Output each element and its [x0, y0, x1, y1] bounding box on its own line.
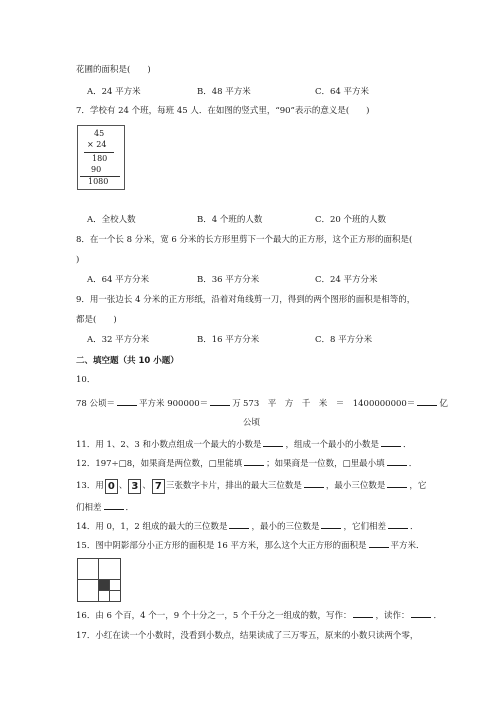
q12-part-1: 12．197÷□8，如果商是两位数，□里能填: [76, 459, 242, 469]
question-13-cont: 们相差．: [76, 500, 134, 514]
q14-part-2: ，最小的三位数是: [251, 522, 319, 532]
divider-line: [84, 152, 114, 153]
answer-blank[interactable]: [369, 538, 389, 548]
q13-part-3: ，最小三位数是: [326, 481, 386, 491]
q14-part-1: 14．用 0，1，2 组成的最大的三位数是: [76, 522, 227, 532]
option-b: B．36 平方分米: [197, 274, 259, 286]
answer-blank[interactable]: [387, 456, 407, 466]
answer-blank[interactable]: [210, 396, 230, 406]
option-b: B．16 平方分米: [197, 334, 259, 346]
q11-part-2: ，组成一个最小的小数是: [285, 440, 379, 450]
q12-part-2: ；如果商是一位数，□里最小填: [266, 459, 385, 469]
answer-blank[interactable]: [229, 519, 249, 529]
question-10-unit: 公顷: [243, 417, 260, 429]
answer-blank[interactable]: [263, 437, 283, 447]
q10-part-4: 573 平 方 千 米 ＝ 1400000000＝: [243, 399, 415, 409]
answer-blank[interactable]: [104, 500, 124, 510]
option-a: A．全校人数: [87, 214, 136, 226]
question-7: 7．学校有 24 个班，每班 45 人．在如图的竖式里，“90”表示的意义是( …: [76, 105, 370, 117]
digit-card-7: 7: [152, 479, 165, 494]
question-8: 8．在一个长 8 分米，宽 6 分米的长方形里剪下一个最大的正方形，这个正方形的…: [76, 234, 412, 246]
q10-part-3: 万: [232, 399, 241, 409]
answer-blank[interactable]: [321, 519, 341, 529]
shaded-square: [99, 580, 109, 590]
question-10-number: 10．: [76, 374, 95, 386]
q15-part-1: 15．图中阴影部分小正方形的面积是 16 平方米，那么这个大正方形的面积是: [76, 541, 367, 551]
question-17: 17．小红在读一个小数时，没看到小数点，结果读成了三万零五，原来的小数只读两个零…: [76, 630, 418, 642]
question-9: 9．用一张边长 4 分米的正方形纸，沿着对角线剪一刀，得到的两个图形的面积是相等…: [76, 294, 415, 306]
option-c: C．64 平方米: [315, 86, 369, 98]
answer-blank[interactable]: [381, 437, 401, 447]
square-figure: [77, 558, 121, 602]
question-13: 13．用0、3、7三张数字卡片，排出的最大三位数是，最小三位数是，它: [76, 478, 426, 494]
answer-blank[interactable]: [411, 608, 431, 618]
question-9-cont: 都是( ): [76, 314, 117, 326]
q16-part-3: ．: [433, 611, 442, 621]
option-a: A．32 平方分米: [87, 334, 149, 346]
question-7-options: A．全校人数 B．4 个班的人数 C．20 个班的人数: [87, 214, 487, 226]
question-8-cont: ): [76, 254, 79, 266]
multiplicand: 45: [94, 129, 104, 139]
grid-line: [98, 590, 120, 591]
multiplier: × 24: [87, 140, 106, 150]
q11-part-1: 11．用 1、2、3 和小数点组成一个最大的小数是: [76, 440, 261, 450]
question-14: 14．用 0，1，2 组成的最大的三位数是，最小的三位数是，它们相差．: [76, 519, 419, 533]
answer-blank[interactable]: [353, 608, 373, 618]
question-9-options: A．32 平方分米 B．16 平方分米 C．8 平方分米: [87, 334, 487, 346]
option-b[interactable]: B．48 平方米: [197, 86, 251, 98]
product: 1080: [88, 177, 108, 187]
q13-part-1: 13．用: [76, 481, 104, 491]
question-8-options: A．64 平方分米 B．36 平方分米 C．24 平方分米: [87, 274, 487, 286]
q14-part-3: ，它们相差: [343, 522, 386, 532]
separator: 、: [142, 481, 151, 491]
question-16: 16．由 6 个百，4 个一，9 个十分之一，5 个千分之一组成的数，写作：，读…: [76, 608, 442, 622]
answer-blank[interactable]: [388, 519, 408, 529]
answer-blank[interactable]: [387, 478, 407, 488]
q16-part-1: 16．由 6 个百，4 个一，9 个十分之一，5 个千分之一组成的数，写作：: [76, 611, 351, 621]
option-c: C．8 平方分米: [315, 334, 372, 346]
q13-part-4: ，它: [409, 481, 426, 491]
option-b: B．4 个班的人数: [197, 214, 262, 226]
digit-card-0: 0: [105, 479, 118, 494]
partial-product-2: 90: [91, 165, 101, 175]
q16-part-2: ，读作：: [375, 611, 409, 621]
option-c: C．20 个班的人数: [315, 214, 386, 226]
question-12: 12．197÷□8，如果商是两位数，□里能填；如果商是一位数，□里最小填．: [76, 456, 417, 470]
separator: 、: [119, 481, 128, 491]
option-a[interactable]: A．24 平方米: [87, 86, 141, 98]
section-title: 二、填空题（共 10 小题）: [76, 355, 179, 367]
q10-part-1: 78 公顷＝: [76, 399, 115, 409]
partial-product-1: 180: [92, 154, 107, 164]
question-11: 11．用 1、2、3 和小数点组成一个最大的小数是，组成一个最小的小数是．: [76, 437, 411, 451]
q15-part-2: 平方米．: [391, 541, 425, 551]
digit-card-3: 3: [128, 479, 141, 494]
q13-part-5: 们相差: [76, 503, 102, 513]
q10-part-5: 亿: [439, 399, 448, 409]
option-c: C．24 平方分米: [315, 274, 378, 286]
answer-blank[interactable]: [417, 396, 437, 406]
answer-blank[interactable]: [117, 396, 137, 406]
question-10-right: 573 平 方 千 米 ＝ 1400000000＝亿: [243, 396, 448, 410]
q10-part-2: 平方米 900000＝: [139, 399, 208, 409]
answer-blank[interactable]: [244, 456, 264, 466]
question-10: 78 公顷＝平方米 900000＝万: [76, 396, 241, 410]
question-6-tail: 花圃的面积是( ): [76, 64, 151, 76]
q11-part-3: ．: [403, 440, 412, 450]
q12-part-3: ．: [409, 459, 418, 469]
vertical-multiplication: 45 × 24 180 90 1080: [77, 125, 125, 190]
q14-part-4: ．: [410, 522, 419, 532]
option-a: A．64 平方分米: [87, 274, 149, 286]
q13-part-2: 三张数字卡片，排出的最大三位数是: [166, 481, 302, 491]
q13-part-6: ．: [126, 503, 135, 513]
answer-blank[interactable]: [304, 478, 324, 488]
question-15: 15．图中阴影部分小正方形的面积是 16 平方米，那么这个大正方形的面积是平方米…: [76, 538, 425, 552]
question-6-options: A．24 平方米 B．48 平方米 C．64 平方米: [87, 86, 487, 98]
